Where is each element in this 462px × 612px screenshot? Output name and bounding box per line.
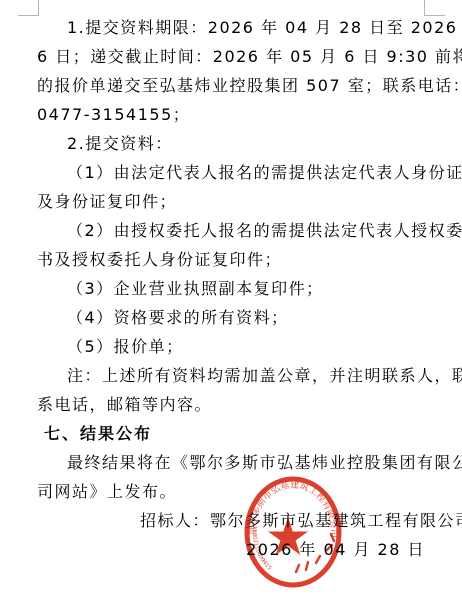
company-seal: 鄂尔多斯市弘基建筑工程有限公司 15802110099415 <box>241 472 345 592</box>
document-line: 的报价单递交至弘基炜业控股集团 507 室；联系电话： <box>37 71 427 100</box>
document-line: （2）由授权委托人报名的需提供法定代表人授权委托 <box>37 216 427 245</box>
section-heading: 七、结果公布 <box>37 419 427 448</box>
document-line: 书及授权委托人身份证复印件； <box>37 245 427 274</box>
document-line: 0477-3154155； <box>37 100 427 129</box>
document-body: 1.提交资料期限：2026 年 04 月 28 日至 2026 年 05 月 6… <box>37 13 427 564</box>
document-line: 司网站》上发布。 <box>37 477 427 506</box>
document-date-line: 2026 年 04 月 28 日 <box>37 535 427 564</box>
document-line: （1）由法定代表人报名的需提供法定代表人身份证明 <box>37 158 427 187</box>
seal-star-icon <box>268 517 308 555</box>
document-line: 最终结果将在《鄂尔多斯市弘基炜业控股集团有限公 <box>37 448 427 477</box>
document-line: 系电话，邮箱等内容。 <box>37 390 427 419</box>
document-line: 2.提交资料： <box>37 129 427 158</box>
document-line: （4）资格要求的所有资料； <box>37 303 427 332</box>
document-line: 注：上述所有资料均需加盖公章，并注明联系人，联 <box>37 361 427 390</box>
text-boundary-mark-top-left <box>18 0 39 16</box>
document-line: 1.提交资料期限：2026 年 04 月 28 日至 2026 年 05 月 <box>37 13 427 42</box>
tenderer-signature-line: 招标人：鄂尔多斯市弘基建筑工程有限公司 <box>37 506 427 535</box>
document-line: 6 日；递交截止时间：2026 年 05 月 6 日 9:30 前将密封好 <box>37 42 427 71</box>
seal-company-arc-text: 鄂尔多斯市弘基建筑工程有限公司 <box>246 478 339 538</box>
document-line: （5）报价单； <box>37 332 427 361</box>
document-line: 及身份证复印件； <box>37 187 427 216</box>
document-page: 1.提交资料期限：2026 年 04 月 28 日至 2026 年 05 月 6… <box>0 0 462 612</box>
document-line: （3）企业营业执照副本复印件； <box>37 274 427 303</box>
